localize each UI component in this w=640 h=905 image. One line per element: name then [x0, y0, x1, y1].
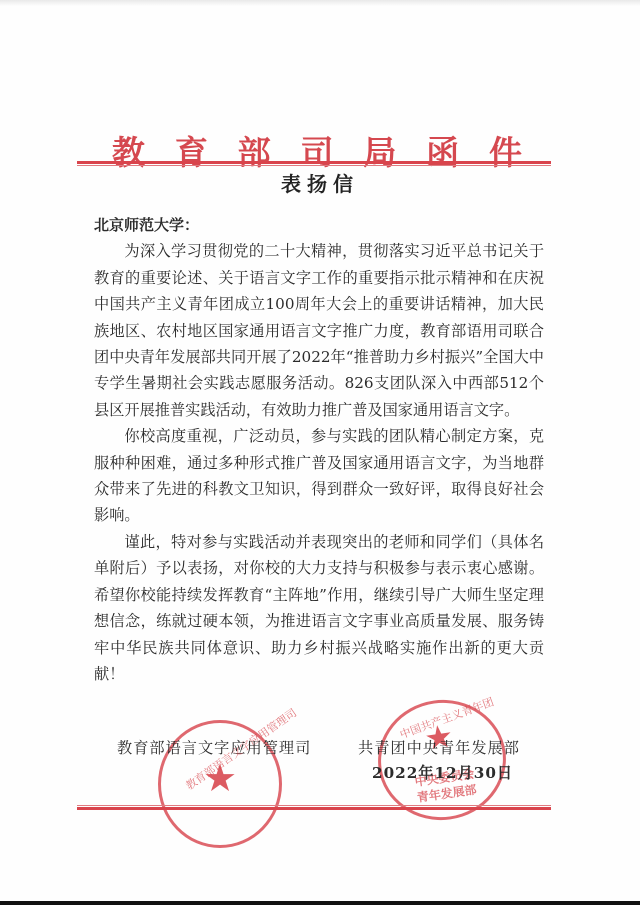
signature-date: 2022年12月30日: [372, 762, 513, 783]
letterhead-red-rule: [77, 161, 551, 166]
document-title: 表扬信: [0, 168, 640, 197]
letter-body: 北京师范大学： 为深入学习贯彻党的二十大精神，贯彻落实习近平总书记关于教育的重要…: [94, 212, 544, 687]
footer-red-rule: [77, 805, 551, 810]
salutation: 北京师范大学：: [94, 212, 544, 238]
paragraph: 为深入学习贯彻党的二十大精神，贯彻落实习近平总书记关于教育的重要论述、关于语言文…: [94, 238, 544, 423]
paragraph: 你校高度重视，广泛动员，参与实践的团队精心制定方案，克服种种困难，通过多种形式推…: [94, 423, 544, 529]
letterhead-char: 司: [300, 133, 333, 173]
signature-org-right: 共青团中央青年发展部: [358, 737, 520, 758]
screen-bottom-edge: [0, 901, 640, 905]
scan-edge-shadow: [0, 0, 640, 6]
paragraph: 谨此，特对参与实践活动并表现突出的老师和同学们（具体名单附后）予以表扬，对你校的…: [94, 529, 544, 687]
letterhead-char: 育: [175, 133, 208, 173]
letterhead-char: 教: [112, 133, 145, 173]
signature-org-left: 教育部语言文字应用管理司: [117, 737, 311, 758]
letterhead-char: 局: [363, 133, 396, 173]
letterhead-char: 件: [489, 133, 522, 173]
letterhead-char: 部: [238, 133, 271, 173]
document-page: 教 育 部 司 局 函 件 表扬信 北京师范大学： 为深入学习贯彻党的二十大精神…: [0, 0, 640, 905]
letterhead-title: 教 育 部 司 局 函 件: [112, 133, 522, 173]
letterhead-char: 函: [426, 133, 459, 173]
